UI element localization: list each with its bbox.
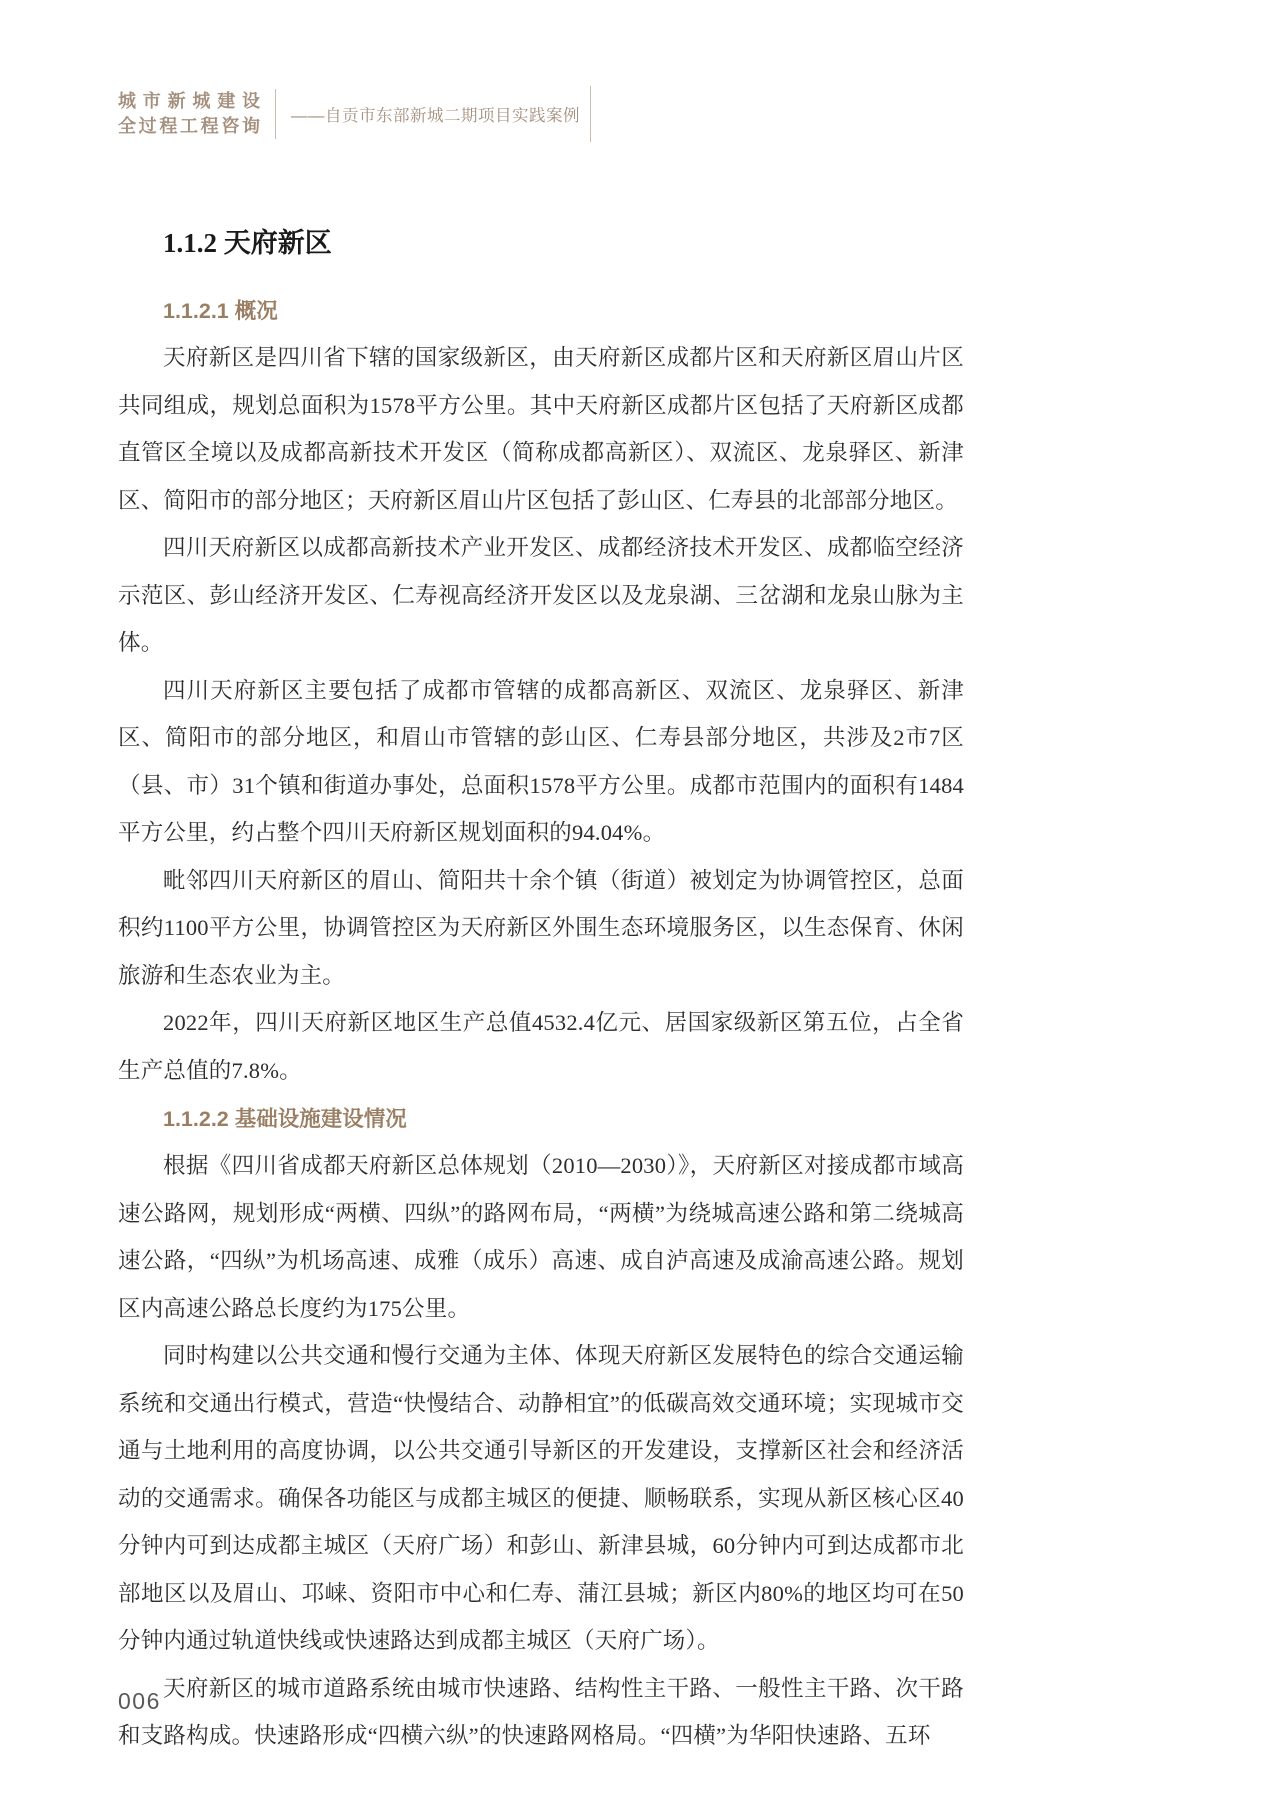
section-title: 1.1.2 天府新区 (163, 224, 964, 262)
paragraph-4: 毗邻四川天府新区的眉山、简阳共十余个镇（街道）被划定为协调管控区，总面积约110… (118, 857, 964, 1000)
series-title: 城市新城建设 全过程工程咨询 (118, 89, 260, 139)
page-header: 城市新城建设 全过程工程咨询 ——自贡市东部新城二期项目实践案例 (118, 86, 591, 142)
paragraph-3: 四川天府新区主要包括了成都市管辖的成都高新区、双流区、龙泉驿区、新津区、简阳市的… (118, 667, 964, 857)
paragraph-7: 同时构建以公共交通和慢行交通为主体、体现天府新区发展特色的综合交通运输系统和交通… (118, 1332, 964, 1665)
paragraph-5: 2022年，四川天府新区地区生产总值4532.4亿元、居国家级新区第五位，占全省… (118, 999, 964, 1094)
subsection-title-overview: 1.1.2.1 概况 (163, 296, 964, 326)
paragraph-2: 四川天府新区以成都高新技术产业开发区、成都经济技术开发区、成都临空经济示范区、彭… (118, 524, 964, 667)
header-divider (275, 89, 276, 139)
paragraph-1: 天府新区是四川省下辖的国家级新区，由天府新区成都片区和天府新区眉山片区共同组成，… (118, 334, 964, 524)
paragraph-8: 天府新区的城市道路系统由城市快速路、结构性主干路、一般性主干路、次干路和支路构成… (118, 1665, 964, 1760)
paragraph-6: 根据《四川省成都天府新区总体规划（2010—2030）》，天府新区对接成都市域高… (118, 1142, 964, 1332)
subsection-title-infrastructure: 1.1.2.2 基础设施建设情况 (163, 1104, 964, 1134)
header-end-divider (590, 86, 591, 142)
book-subtitle: ——自贡市东部新城二期项目实践案例 (291, 102, 580, 126)
page-content: 1.1.2 天府新区 1.1.2.1 概况 天府新区是四川省下辖的国家级新区，由… (118, 224, 964, 1760)
page-number: 006 (118, 1688, 161, 1715)
series-title-line1: 城市新城建设 (118, 89, 260, 114)
series-title-line2: 全过程工程咨询 (118, 114, 260, 139)
